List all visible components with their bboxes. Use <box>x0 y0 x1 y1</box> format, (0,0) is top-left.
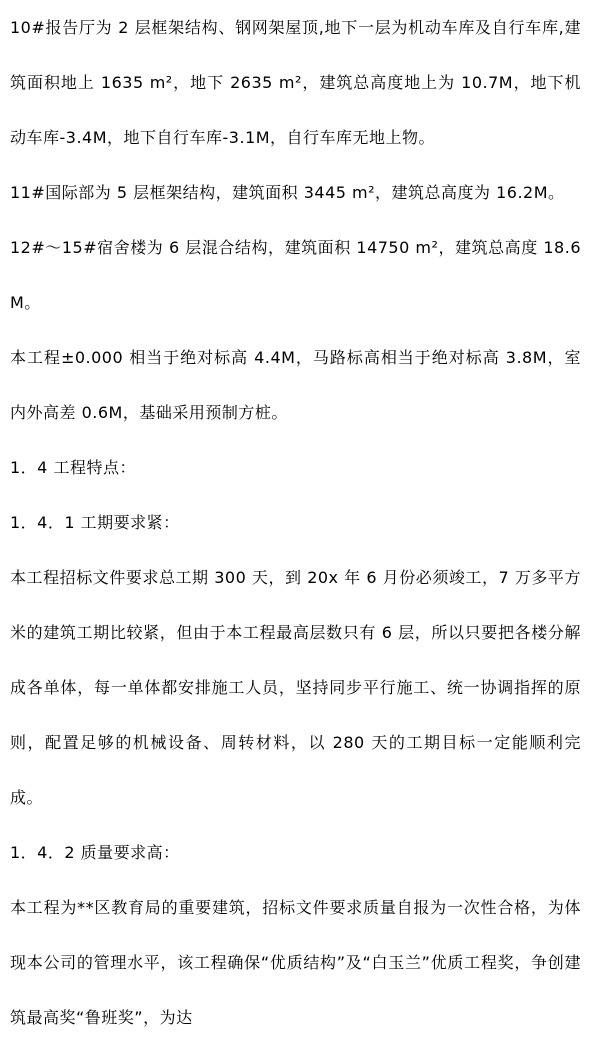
paragraph-building-10-report-hall: 10#报告厅为 2 层框架结构、钢网架屋顶,地下一层为机动车库及自行车库,建筑面… <box>10 0 581 165</box>
paragraph-elevation-and-foundation: 本工程±0.000 相当于绝对标高 4.4M，马路标高相当于绝对标高 3.8M，… <box>10 330 581 440</box>
paragraph-quality-details: 本工程为**区教育局的重要建筑，招标文件要求质量自报为一次性合格，为体现本公司的… <box>10 880 581 1045</box>
heading-1-4-1-tight-schedule: 1．4．1 工期要求紧： <box>10 495 581 550</box>
paragraph-buildings-12-15-dormitory: 12#～15#宿舍楼为 6 层混合结构，建筑面积 14750 m²，建筑总高度 … <box>10 220 581 330</box>
document-page: 10#报告厅为 2 层框架结构、钢网架屋顶,地下一层为机动车库及自行车库,建筑面… <box>0 0 591 1045</box>
heading-1-4-2-high-quality: 1．4．2 质量要求高： <box>10 825 581 880</box>
heading-1-4-project-features: 1．4 工程特点： <box>10 440 581 495</box>
paragraph-building-11-international: 11#国际部为 5 层框架结构，建筑面积 3445 m²，建筑总高度为 16.2… <box>10 165 581 220</box>
paragraph-schedule-details: 本工程招标文件要求总工期 300 天，到 20x 年 6 月份必须竣工，7 万多… <box>10 550 581 825</box>
